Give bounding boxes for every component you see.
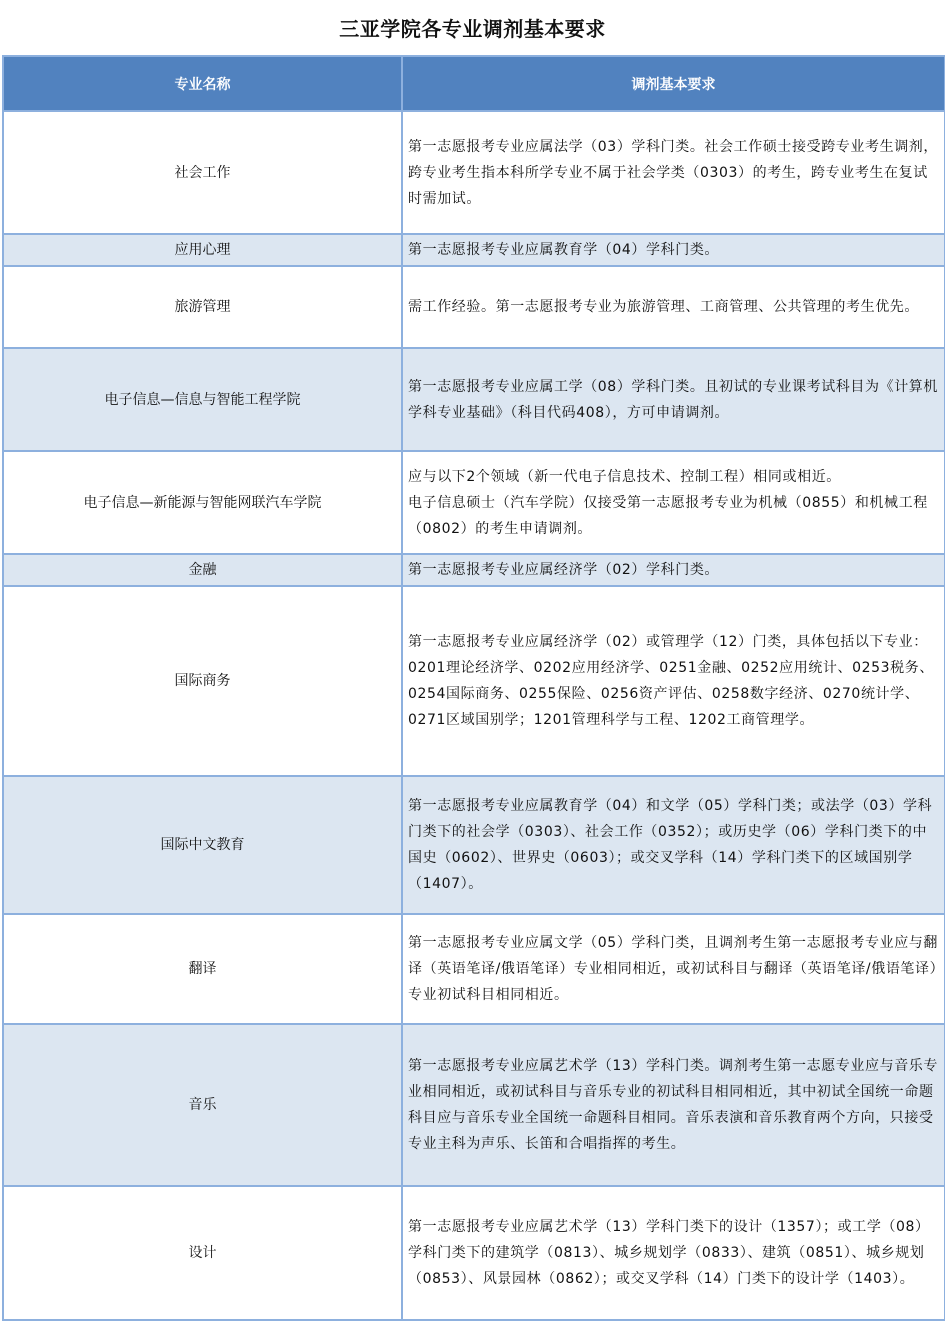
major-name: 翻译 (3, 914, 402, 1024)
table-row: 金融 第一志愿报考专业应属经济学（02）学科门类。 (3, 554, 945, 586)
column-header-major: 专业名称 (3, 56, 402, 111)
requirement-text: 第一志愿报考专业应属艺术学（13）学科门类下的设计（1357）；或工学（08）学… (402, 1186, 945, 1320)
table-row: 国际中文教育 第一志愿报考专业应属教育学（04）和文学（05）学科门类；或法学（… (3, 776, 945, 914)
table-row: 电子信息—信息与智能工程学院 第一志愿报考专业应属工学（08）学科门类。且初试的… (3, 348, 945, 451)
requirement-text: 需工作经验。第一志愿报考专业为旅游管理、工商管理、公共管理的考生优先。 (402, 266, 945, 348)
requirement-line: 电子信息硕士（汽车学院）仅接受第一志愿报考专业为机械（0855）和机械工程（08… (408, 490, 938, 542)
requirement-text: 第一志愿报考专业应属文学（05）学科门类，且调剂考生第一志愿报考专业应与翻译（英… (402, 914, 945, 1024)
table-row: 应用心理 第一志愿报考专业应属教育学（04）学科门类。 (3, 234, 945, 266)
major-name: 应用心理 (3, 234, 402, 266)
table-header-row: 专业名称 调剂基本要求 (3, 56, 945, 111)
requirement-text: 第一志愿报考专业应属经济学（02）学科门类。 (402, 554, 945, 586)
table-row: 电子信息—新能源与智能网联汽车学院 应与以下2个领域（新一代电子信息技术、控制工… (3, 451, 945, 554)
requirement-text: 第一志愿报考专业应属工学（08）学科门类。且初试的专业课考试科目为《计算机学科专… (402, 348, 945, 451)
major-name: 金融 (3, 554, 402, 586)
table-row: 社会工作 第一志愿报考专业应属法学（03）学科门类。社会工作硕士接受跨专业考生调… (3, 111, 945, 234)
major-name: 国际中文教育 (3, 776, 402, 914)
requirement-text: 第一志愿报考专业应属法学（03）学科门类。社会工作硕士接受跨专业考生调剂，跨专业… (402, 111, 945, 234)
requirement-line: 第一志愿报考专业应属经济学（02）或管理学（12）门类，具体包括以下专业： (408, 629, 938, 655)
requirements-table: 专业名称 调剂基本要求 社会工作 第一志愿报考专业应属法学（03）学科门类。社会… (2, 55, 945, 1321)
requirement-text: 应与以下2个领域（新一代电子信息技术、控制工程）相同或相近。 电子信息硕士（汽车… (402, 451, 945, 554)
requirement-line: 应与以下2个领域（新一代电子信息技术、控制工程）相同或相近。 (408, 464, 938, 490)
table-row: 翻译 第一志愿报考专业应属文学（05）学科门类，且调剂考生第一志愿报考专业应与翻… (3, 914, 945, 1024)
major-name: 旅游管理 (3, 266, 402, 348)
major-name: 音乐 (3, 1024, 402, 1186)
page-title: 三亚学院各专业调剂基本要求 (0, 14, 945, 44)
major-name: 国际商务 (3, 586, 402, 776)
table-row: 音乐 第一志愿报考专业应属艺术学（13）学科门类。调剂考生第一志愿专业应与音乐专… (3, 1024, 945, 1186)
table-row: 国际商务 第一志愿报考专业应属经济学（02）或管理学（12）门类，具体包括以下专… (3, 586, 945, 776)
column-header-requirement: 调剂基本要求 (402, 56, 945, 111)
major-name: 设计 (3, 1186, 402, 1320)
requirement-text: 第一志愿报考专业应属教育学（04）学科门类。 (402, 234, 945, 266)
requirement-text: 第一志愿报考专业应属艺术学（13）学科门类。调剂考生第一志愿专业应与音乐专业相同… (402, 1024, 945, 1186)
major-name: 电子信息—新能源与智能网联汽车学院 (3, 451, 402, 554)
major-name: 电子信息—信息与智能工程学院 (3, 348, 402, 451)
requirement-line: 0201理论经济学、0202应用经济学、0251金融、0252应用统计、0253… (408, 655, 938, 733)
table-row: 设计 第一志愿报考专业应属艺术学（13）学科门类下的设计（1357）；或工学（0… (3, 1186, 945, 1320)
requirement-text: 第一志愿报考专业应属教育学（04）和文学（05）学科门类；或法学（03）学科门类… (402, 776, 945, 914)
table-row: 旅游管理 需工作经验。第一志愿报考专业为旅游管理、工商管理、公共管理的考生优先。 (3, 266, 945, 348)
requirement-text: 第一志愿报考专业应属经济学（02）或管理学（12）门类，具体包括以下专业： 02… (402, 586, 945, 776)
major-name: 社会工作 (3, 111, 402, 234)
